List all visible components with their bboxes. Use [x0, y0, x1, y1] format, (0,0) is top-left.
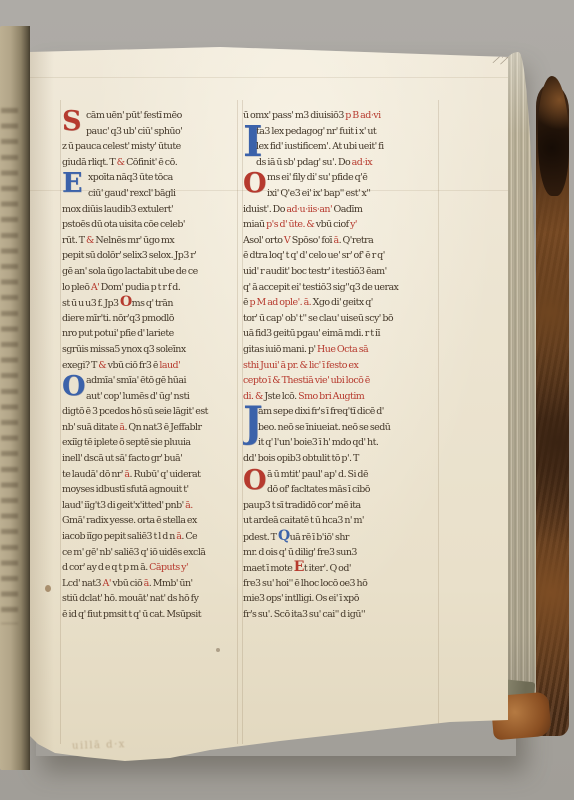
text-segment: &	[117, 157, 125, 168]
manuscript-line: st ū u u3 f. Jp3 Oms q' trān	[62, 295, 240, 311]
text-segment: sgrūis missa5 ynox q3 soleīnx	[62, 344, 186, 355]
text-segment: uā rē ī b'iō' shr	[290, 532, 349, 543]
manuscript-line: it q' l'un' boie3 ī h' mdo qd' ht.	[243, 435, 441, 451]
manuscript-line: Oms ei' fily di' su' pfide q'ē	[243, 170, 441, 186]
folio-number: 77	[490, 52, 509, 68]
text-segment: fre3 su' hoi'' ē lhoc locō oe3 hō	[243, 578, 367, 589]
text-segment: Lcd' nat3	[62, 578, 103, 589]
text-segment: p M ad ople'. ā.	[250, 297, 312, 308]
text-segment: ad·ix	[352, 157, 372, 168]
text-segment: cepto ī & Thestiā vie' ubi locō ē	[243, 375, 370, 386]
text-segment: ā ū mtit' paul' ap' d. Si dē	[267, 469, 368, 480]
manuscript-line: ds iā ū sb' pdag' su'. Do ad·ix	[243, 155, 441, 171]
manuscript-line: Scām uēn' pūt' festī mēo	[62, 108, 240, 124]
text-segment: rūt. T	[62, 235, 86, 246]
manuscript-line: rūt. T & Nelnēs mr' ūgo mx	[62, 233, 240, 249]
text-segment: &	[98, 360, 106, 371]
manuscript-line: moyses idbustī sfutā agnouit t'	[62, 482, 240, 498]
manuscript-line: laud' iīg't3 di geit'x'itted' pnb' ā.	[62, 498, 240, 514]
text-segment: admīa' smīa' ētō gē hūai	[86, 375, 186, 386]
manuscript-line: di. & Jste lcō. Smo bri Augtim	[243, 389, 441, 405]
text-segment: it q' l'un' boie3 ī h' mdo qd' ht.	[258, 437, 378, 448]
manuscript-line: Jam sepe dixi fr's ī freq'tī dicē d'	[243, 404, 441, 420]
text-segment: p B ad·vi	[345, 110, 380, 121]
text-segment: mie3 ops' intlligi. Os ei' ī xpō	[243, 593, 359, 604]
text-segment: Q	[278, 528, 290, 544]
manuscript-line: exegi? T & vbū ciō fr3 ē laud'	[62, 358, 240, 374]
text-segment: &	[86, 235, 94, 246]
text-segment: iduist'. Do	[243, 204, 286, 215]
text-segment: q' ā accepit ei' testiō3 sig''q3 de uera…	[243, 282, 398, 293]
manuscript-line: ciū' gaud' rexcl' bāgli	[62, 186, 240, 202]
text-segment: uā fid3 geitū pgau' eimā mdi. r t iī	[243, 328, 380, 339]
quire-inscription: uillā d·x	[72, 739, 126, 752]
text-segment: pauc' q3 ub' ciū' sphūo'	[86, 126, 182, 137]
manuscript-line: mr. d ois q' ū dilig' fre3 sun3	[243, 545, 441, 561]
facing-page-gutter-edge	[0, 26, 30, 770]
manuscript-line: miaū p's d' ūte. & vbū ciof y'	[243, 217, 441, 233]
text-segment: ciū' gaud' rexcl' bāgli	[88, 188, 175, 199]
manuscript-line: uid' r audit' boc testr' i testiō3 ēam'	[243, 264, 441, 280]
parchment-stain	[45, 585, 51, 592]
text-segment: xpoīta nāq3 ūte tōca	[88, 172, 173, 183]
text-segment: ms ei' fily di' su' pfide q'ē	[267, 172, 367, 183]
text-segment: O	[120, 294, 132, 310]
text-segment: . Q'retra	[339, 235, 374, 246]
text-segment: ad·u·iis·an'	[286, 204, 332, 215]
text-segment: ē dtra loq' t q' d' celo ue' sr' of' ē r…	[243, 250, 385, 261]
manuscript-line: ū omx' pass' m3 diuisiō3 p B ad·vi	[243, 108, 441, 124]
facing-page-text-showthrough	[1, 108, 18, 624]
manuscript-line: mie3 ops' intlligi. Os ei' ī xpō	[243, 591, 441, 607]
text-segment: nb' suā ditate	[62, 422, 119, 433]
manuscript-line: giudā rliqt. T & Cōfinit' ē cō.	[62, 155, 240, 171]
text-segment: diere mīr'ti. nōr'q3 pmodlō	[62, 313, 174, 324]
text-segment: A'	[91, 282, 99, 293]
ruling-line-horizontal	[30, 77, 508, 78]
text-segment: cām uēn' pūt' festī mēo	[86, 110, 182, 121]
manuscript-line: fr's su'. Scō ita3 su' cai'' d igū''	[243, 607, 441, 623]
text-segment: ā.	[185, 500, 193, 511]
manuscript-line: Gmā' radix yesse. orta ē stella ex	[62, 513, 240, 529]
text-segment: . Rubū' q' uiderat	[130, 469, 201, 480]
text-segment: st ū u u3 f. Jp3	[62, 298, 120, 309]
text-segment: paup3 t sī tradidō cor' mē ita	[243, 500, 361, 511]
manuscript-line: maet ī mote Et iter'. Q od'	[243, 560, 441, 576]
manuscript-line: sgrūis missa5 ynox q3 soleīnx	[62, 342, 240, 358]
text-segment: ixi' Q'e3 ei' ix' bap'' est' x''	[267, 188, 370, 199]
text-segment: Cōfinit' ē cō.	[125, 157, 178, 168]
text-segment: lo pleō	[62, 282, 91, 293]
text-segment: Hue Octa sā	[317, 344, 368, 355]
manuscript-column-right: ū omx' pass' m3 diuisiō3 p B ad·viIta3 l…	[243, 108, 441, 625]
manuscript-line: exiīg tē iplete ō septē sie pluuia	[62, 435, 240, 451]
manuscript-line: pstoēs dū ota uisita cōe celeb'	[62, 217, 240, 233]
text-segment: maet ī mote	[243, 563, 294, 574]
manuscript-line: ce m' gē' nb' saliē3 q' iō uidēs exclā	[62, 545, 240, 561]
text-segment: exiīg tē iplete ō septē sie pluuia	[62, 437, 191, 448]
manuscript-line: cepto ī & Thestiā vie' ubi locō ē	[243, 373, 441, 389]
text-segment: laud'	[159, 360, 180, 371]
manuscript-line: d cor' ay d e q t p m ā. Cāputs y'	[62, 560, 240, 576]
text-segment: z ū pauca celest' misty' ūtute	[62, 141, 181, 152]
manuscript-line: pauc' q3 ub' ciū' sphūo'	[62, 124, 240, 140]
text-segment: iacob iīgo pepit saliē3 t l d n	[62, 531, 176, 542]
text-segment: d cor' ay d e q t p m ā.	[62, 562, 149, 573]
manuscript-line: Oā ū mtit' paul' ap' d. Si dē	[243, 467, 441, 483]
text-segment: beo. neō se īniueiat. neō se sedū	[258, 422, 390, 433]
text-segment: ds iā ū sb' pdag' su'. Do	[256, 157, 352, 168]
text-segment: ut ardeā caitatē t ū hca3 n' m'	[243, 515, 364, 526]
manuscript-line: q' ā accepit ei' testiō3 sig''q3 de uera…	[243, 280, 441, 296]
book-fore-edge-page-stack	[505, 52, 537, 736]
text-segment: ta3 lex pedagog' nr' fuit i x' ut	[256, 126, 376, 137]
text-segment: lex fid' iustificem'. At ubi ueit' fi	[256, 141, 384, 152]
text-segment: Jste lcō.	[263, 391, 298, 402]
text-segment: nro put potui' pfie d' lariete	[62, 328, 174, 339]
text-segment: Cāputs y'	[149, 562, 188, 573]
text-segment: uid' r audit' boc testr' i testiō3 ēam'	[243, 266, 387, 277]
text-segment: exegi? T	[62, 360, 98, 371]
text-segment: dō of' facltates mās ī cibō	[267, 484, 370, 495]
text-segment: pepit sū dolōr' selix3 selox. Jp3 r'	[62, 250, 196, 261]
text-segment: ms q' trān	[132, 298, 173, 309]
text-segment: pdest. T	[243, 532, 278, 543]
text-segment: giudā rliqt. T	[62, 157, 117, 168]
text-segment: Xgo di' geitx q'	[311, 297, 373, 308]
text-segment: inell' dscā ut sā' facto gr' buā'	[62, 453, 182, 464]
manuscript-page: 77 Scām uēn' pūt' festī mēopauc' q3 ub' …	[30, 44, 508, 762]
text-segment: digtō ē 3 pcedos hō sū seie lāgit' est	[62, 406, 208, 417]
manuscript-line: gitas iuiō mani. p' Hue Octa sā	[243, 342, 441, 358]
text-segment: . Ce	[181, 531, 197, 542]
text-segment: laud' iīg't3 di geit'x'itted' pnb'	[62, 500, 185, 511]
text-segment: ce m' gē' nb' saliē3 q' iō uidēs exclā	[62, 547, 205, 558]
text-segment: E	[294, 559, 304, 575]
text-segment: Spōso' foī	[290, 235, 333, 246]
manuscript-line: ixi' Q'e3 ei' ix' bap'' est' x''	[243, 186, 441, 202]
text-segment: Nelnēs mr' ūgo mx	[94, 235, 174, 246]
manuscript-line: paup3 t sī tradidō cor' mē ita	[243, 498, 441, 514]
text-segment: vbū ciō	[111, 578, 144, 589]
text-segment: am sepe dixi fr's ī freq'tī dicē d'	[258, 406, 384, 417]
manuscript-line: tor' ū cap' ob' t'' se clau' uiseū scy' …	[243, 311, 441, 327]
manuscript-line: gē an' sola ūgo lactabit ube de ce	[62, 264, 240, 280]
manuscript-line: Lcd' nat3 A' vbū ciō ā. Mmb' ūn'	[62, 576, 240, 592]
text-segment: Asol' orto	[243, 235, 284, 246]
manuscript-line: lo pleō A' Dom' pudia p t r f d.	[62, 280, 240, 296]
text-segment: miaū	[243, 219, 266, 230]
manuscript-line: Expoīta nāq3 ūte tōca	[62, 170, 240, 186]
text-segment: A'	[103, 578, 111, 589]
text-segment: tor' ū cap' ob' t'' se clau' uiseū scy' …	[243, 313, 393, 324]
text-segment: stiū dclat' hō. mouāt' nat' ds hō fy	[62, 593, 198, 604]
manuscript-line: lex fid' iustificem'. At ubi ueit' fi	[243, 139, 441, 155]
manuscript-line: ē dtra loq' t q' d' celo ue' sr' of' ē r…	[243, 248, 441, 264]
text-segment: ē id q' fiut pmsit t q' ū cat. Msūpsit	[62, 609, 201, 620]
manuscript-line: digtō ē 3 pcedos hō sū seie lāgit' est	[62, 404, 240, 420]
text-segment: y'	[350, 219, 357, 230]
manuscript-line: iacob iīgo pepit saliē3 t l d n ā. Ce	[62, 529, 240, 545]
manuscript-line: te laudā' dō nr' ā. Rubū' q' uiderat	[62, 467, 240, 483]
parchment-stain	[216, 648, 220, 652]
manuscript-line: aut' cop' lumēs d' ūg' nsti	[62, 389, 240, 405]
manuscript-line: z ū pauca celest' misty' ūtute	[62, 139, 240, 155]
manuscript-line: mox diūis laudib3 extulert'	[62, 202, 240, 218]
manuscript-line: dō of' facltates mās ī cibō	[243, 482, 441, 498]
manuscript-line: sthi Juui' ā pr. & lic' ī festo ex	[243, 358, 441, 374]
text-segment: t iter'. Q od'	[304, 563, 351, 574]
manuscript-line: Ita3 lex pedagog' nr' fuit i x' ut	[243, 124, 441, 140]
manuscript-line: pdest. T Quā rē ī b'iō' shr	[243, 529, 441, 545]
text-segment: vbū ciō fr3 ē	[106, 360, 159, 371]
ruling-line-vertical	[60, 100, 61, 744]
manuscript-line: stiū dclat' hō. mouāt' nat' ds hō fy	[62, 591, 240, 607]
text-segment: Smo bri Augtim	[298, 391, 364, 402]
text-segment: mox diūis laudib3 extulert'	[62, 204, 173, 215]
text-segment: sthi Juui' ā pr. & lic' ī festo ex	[243, 360, 358, 371]
text-segment: vbū ciof	[314, 219, 350, 230]
manuscript-line: fre3 su' hoi'' ē lhoc locō oe3 hō	[243, 576, 441, 592]
text-segment: aut' cop' lumēs d' ūg' nsti	[86, 391, 189, 402]
manuscript-line: uā fid3 geitū pgau' eimā mdi. r t iī	[243, 326, 441, 342]
text-segment: mr. d ois q' ū dilig' fre3 sun3	[243, 547, 357, 558]
text-segment: gitas iuiō mani. p'	[243, 344, 317, 355]
manuscript-line: ut ardeā caitatē t ū hca3 n' m'	[243, 513, 441, 529]
manuscript-line: ē id q' fiut pmsit t q' ū cat. Msūpsit	[62, 607, 240, 623]
manuscript-line: iduist'. Do ad·u·iis·an' Oadīm	[243, 202, 441, 218]
text-segment: moyses idbustī sfutā agnouit t'	[62, 484, 189, 495]
manuscript-line: ē p M ad ople'. ā. Xgo di' geitx q'	[243, 295, 441, 311]
text-segment: Gmā' radix yesse. orta ē stella ex	[62, 515, 197, 526]
text-segment: fr's su'. Scō ita3 su' cai'' d igū''	[243, 609, 365, 620]
manuscript-line: beo. neō se īniueiat. neō se sedū	[243, 420, 441, 436]
manuscript-line: dd' bois opib3 obtulit tō p'. T	[243, 451, 441, 467]
manuscript-line: Asol' orto V Spōso' foī ā. Q'retra	[243, 233, 441, 249]
text-segment: gē an' sola ūgo lactabit ube de ce	[62, 266, 198, 277]
text-segment: . Qn nat3 ē Jeffablr	[124, 422, 201, 433]
manuscript-line: nro put potui' pfie d' lariete	[62, 326, 240, 342]
text-segment: te laudā' dō nr'	[62, 469, 124, 480]
text-segment: dd' bois opib3 obtulit tō p'. T	[243, 453, 359, 464]
text-segment: . Mmb' ūn'	[149, 578, 193, 589]
text-segment: pstoēs dū ota uisita cōe celeb'	[62, 219, 185, 230]
manuscript-line: Oadmīa' smīa' ētō gē hūai	[62, 373, 240, 389]
manuscript-line: nb' suā ditate ā. Qn nat3 ē Jeffablr	[62, 420, 240, 436]
manuscript-line: inell' dscā ut sā' facto gr' buā'	[62, 451, 240, 467]
text-segment: p's d' ūte. &	[266, 219, 314, 230]
text-segment: Oadīm	[332, 204, 362, 215]
manuscript-line: diere mīr'ti. nōr'q3 pmodlō	[62, 311, 240, 327]
text-segment: Dom' pudia p t r f d.	[99, 282, 180, 293]
manuscript-column-left: Scām uēn' pūt' festī mēopauc' q3 ub' ciū…	[62, 108, 240, 625]
manuscript-line: pepit sū dolōr' selix3 selox. Jp3 r'	[62, 248, 240, 264]
